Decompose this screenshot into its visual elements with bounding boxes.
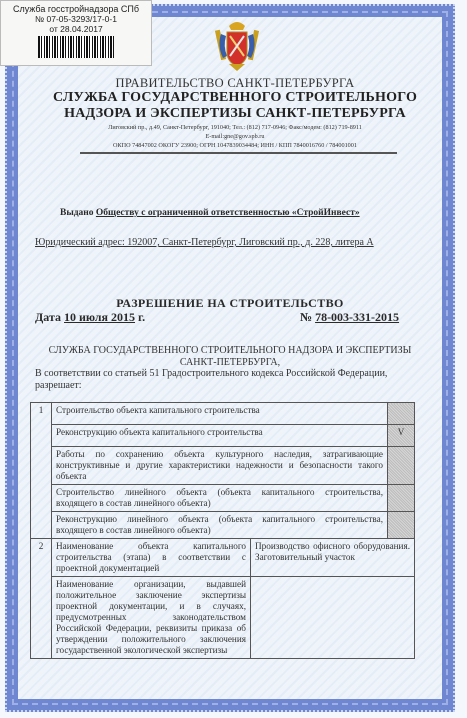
- service-name-line1: СЛУЖБА ГОСУДАРСТВЕННОГО СТРОИТЕЛЬНОГО: [40, 90, 430, 106]
- table-row: Реконструкцию объекта капитального строи…: [31, 425, 415, 447]
- document-number: № 78-003-331-2015: [300, 310, 399, 325]
- legal-basis: В соответствии со статьей 51 Градостроит…: [35, 368, 425, 380]
- work-type-mark: [388, 403, 415, 425]
- work-type-mark: [388, 512, 415, 539]
- work-type-mark: [388, 485, 415, 512]
- permits-label: разрешает:: [35, 380, 82, 391]
- document-date: Дата 10 июля 2015 г.: [35, 310, 145, 325]
- date-suffix: г.: [138, 310, 145, 324]
- document-page: Служба госстройнадзора СПб № 07-05-3293/…: [0, 0, 467, 718]
- table-row: 2 Наименование объекта капитального стро…: [31, 539, 415, 577]
- section-number: 2: [31, 539, 52, 659]
- barcode-icon: [38, 36, 114, 58]
- field-value: Производство офисного оборудования. Заго…: [251, 539, 415, 577]
- authority-line2: САНКТ-ПЕТЕРБУРГА,: [35, 357, 425, 369]
- legal-address: Юридический адрес: 192007, Санкт-Петербу…: [35, 237, 374, 248]
- work-type: Реконструкцию линейного объекта (объекта…: [52, 512, 388, 539]
- stamp-date: от 28.04.2017: [1, 24, 151, 34]
- registration-stamp: Служба госстройнадзора СПб № 07-05-3293/…: [0, 0, 152, 66]
- field-label: Наименование объекта капитального строит…: [52, 539, 251, 577]
- work-type: Строительство объекта капитального строи…: [52, 403, 388, 425]
- number-label: №: [300, 310, 312, 324]
- stamp-agency: Служба госстройнадзора СПб: [1, 4, 151, 14]
- number-value: 78-003-331-2015: [315, 310, 399, 324]
- contact-details: Лиговский пр., д.49, Санкт-Петербург, 19…: [40, 123, 430, 150]
- work-type: Строительство линейного объекта (объекта…: [52, 485, 388, 512]
- work-type-mark: V: [388, 425, 415, 447]
- issued-label: Выдано: [60, 208, 94, 218]
- contact-email: E-mail:gne@gov.spb.ru: [40, 132, 430, 141]
- table-row: Работы по сохранению объекта культурного…: [31, 447, 415, 485]
- date-value: 10 июля 2015: [64, 310, 135, 324]
- section-number: 1: [31, 403, 52, 539]
- stamp-number: № 07-05-3293/17-0-1: [1, 14, 151, 24]
- header-divider: [80, 152, 397, 154]
- table-row: Реконструкцию линейного объекта (объекта…: [31, 512, 415, 539]
- coat-of-arms-icon: [215, 20, 259, 72]
- contact-registry-codes: ОКПО 74847002 ОКОГУ 23900; ОГРН 10478390…: [40, 141, 430, 150]
- work-type: Реконструкцию объекта капитального строи…: [52, 425, 388, 447]
- service-name-line2: НАДЗОРА И ЭКСПЕРТИЗЫ САНКТ-ПЕТЕРБУРГА: [40, 106, 430, 122]
- work-type: Работы по сохранению объекта культурного…: [52, 447, 388, 485]
- work-type-mark: [388, 447, 415, 485]
- date-label: Дата: [35, 310, 61, 324]
- authority-preamble: СЛУЖБА ГОСУДАРСТВЕННОГО СТРОИТЕЛЬНОГО НА…: [35, 345, 425, 391]
- field-label: Наименование организации, выдавшей полож…: [52, 577, 251, 659]
- government-name: ПРАВИТЕЛЬСТВО САНКТ-ПЕТЕРБУРГА: [40, 76, 430, 91]
- permit-table: 1 Строительство объекта капитального стр…: [30, 402, 415, 659]
- field-value: [251, 577, 415, 659]
- document-title: РАЗРЕШЕНИЕ НА СТРОИТЕЛЬСТВО: [30, 296, 430, 311]
- table-row: 1 Строительство объекта капитального стр…: [31, 403, 415, 425]
- authority-line1: СЛУЖБА ГОСУДАРСТВЕННОГО СТРОИТЕЛЬНОГО НА…: [35, 345, 425, 357]
- issued-recipient: Обществу с ограниченной ответственностью…: [96, 208, 360, 218]
- issued-to: Выдано Обществу с ограниченной ответстве…: [60, 208, 360, 218]
- table-row: Наименование организации, выдавшей полож…: [31, 577, 415, 659]
- contact-address: Лиговский пр., д.49, Санкт-Петербург, 19…: [40, 123, 430, 132]
- table-row: Строительство линейного объекта (объекта…: [31, 485, 415, 512]
